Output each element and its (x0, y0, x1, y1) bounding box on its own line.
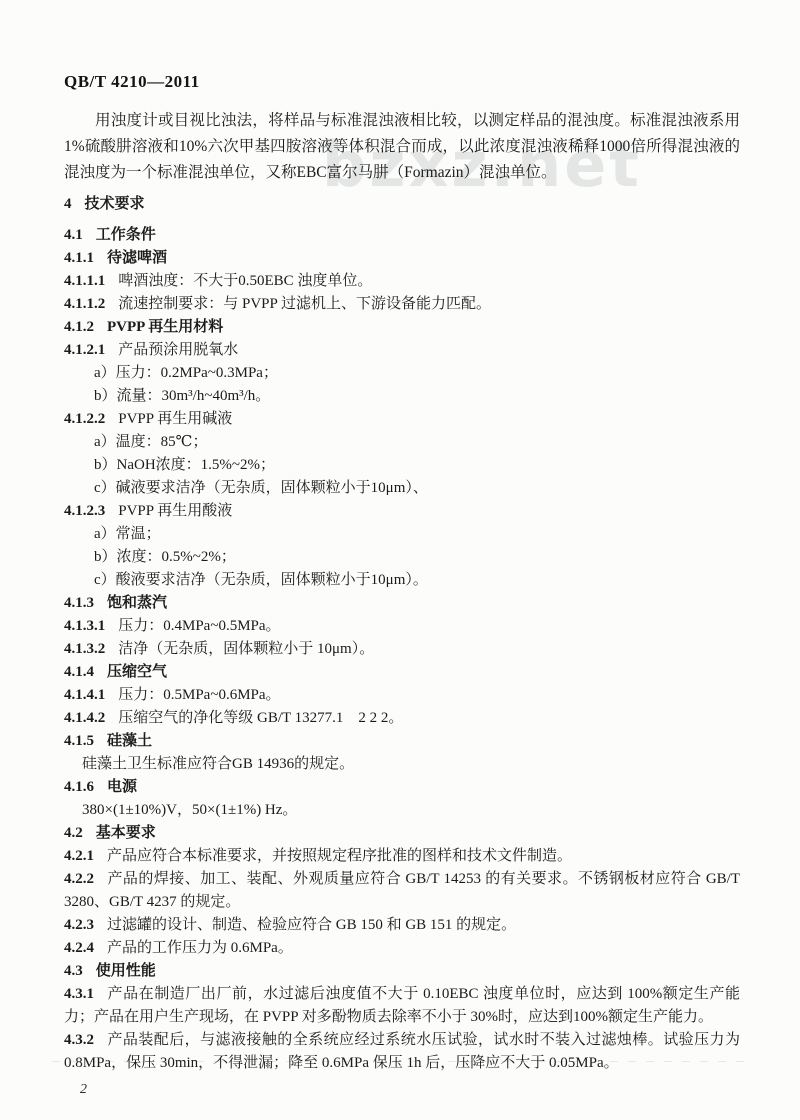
clause-text: a）温度：85℃； (94, 434, 207, 450)
clause-text: 硅藻土卫生标准应符合GB 14936的规定。 (82, 756, 354, 772)
list-item: a）常温； (64, 523, 740, 546)
clause-text: 流速控制要求：与 PVPP 过滤机上、下游设备能力匹配。 (118, 296, 491, 312)
clause-number: 4.2 (64, 825, 83, 841)
list-item: a）温度：85℃； (64, 431, 740, 454)
clause-line: 4.1.4.1压力：0.5MPa~0.6MPa。 (64, 684, 740, 707)
clause-line: 4.1.4.2压缩空气的净化等级 GB/T 13277.1 2 2 2。 (64, 707, 740, 730)
clause-number: 4.1.4.2 (64, 710, 105, 726)
clause-line: 4.1.2.2PVPP 再生用碱液 (64, 408, 740, 431)
clause-text: 饱和蒸汽 (107, 595, 167, 611)
clause-number: 4.1.1 (64, 250, 94, 266)
clause-number: 4.1.2.3 (64, 503, 105, 519)
clause-number: 4.1.2.2 (64, 411, 105, 427)
section-heading: 4.1.3饱和蒸汽 (64, 592, 740, 615)
clause-line: 4.2.4产品的工作压力为 0.6MPa。 (64, 937, 740, 960)
list-item: c）碱液要求洁净（无杂质，固体颗粒小于10μm）、 (64, 477, 740, 500)
list-item: b）NaOH浓度：1.5%~2%； (64, 454, 740, 477)
clause-number: 4.1.1.2 (64, 296, 105, 312)
clause-text: 硅藻土 (107, 733, 152, 749)
paragraph-line: 硅藻土卫生标准应符合GB 14936的规定。 (64, 753, 740, 776)
clause-text: 洁净（无杂质，固体颗粒小于 10μm）。 (118, 641, 374, 657)
clause-lines: 4技术要求4.1工作条件4.1.1待滤啤酒4.1.1.1啤酒浊度：不大于0.50… (64, 193, 740, 1075)
list-item: b）流量：30m³/h~40m³/h。 (64, 385, 740, 408)
clause-number: 4.3.1 (64, 986, 94, 1002)
clause-text: 压缩空气的净化等级 GB/T 13277.1 2 2 2。 (118, 710, 403, 726)
clause-number: 4.2.4 (64, 940, 94, 956)
clause-text: 产品的工作压力为 0.6MPa。 (107, 940, 293, 956)
clause-text: c）酸液要求洁净（无杂质，固体颗粒小于10μm）。 (94, 572, 428, 588)
section-heading: 4技术要求 (64, 193, 740, 216)
clause-number: 4.3 (64, 963, 83, 979)
clause-text: PVPP 再生用碱液 (118, 411, 232, 427)
clause-text: a）压力：0.2MPa~0.3MPa； (94, 365, 278, 381)
intro-paragraph: 用浊度计或目视比浊法，将样品与标准混浊液相比较，以测定样品的混浊度。标准混浊液系… (64, 108, 740, 186)
clause-text: 使用性能 (96, 963, 156, 979)
clause-number: 4.1.1.1 (64, 273, 105, 289)
clause-line: 4.1.2.3PVPP 再生用酸液 (64, 500, 740, 523)
clause-text: 产品的焊接、加工、装配、外观质量应符合 GB/T 14253 的有关要求。不锈钢… (64, 871, 740, 910)
document-page: bzxz.net QB/T 4210—2011 用浊度计或目视比浊法，将样品与标… (0, 0, 800, 1120)
clause-text: b）流量：30m³/h~40m³/h。 (94, 388, 270, 404)
clause-number: 4.1.3.2 (64, 641, 105, 657)
page-number: 2 (80, 1082, 87, 1098)
clause-number: 4.3.2 (64, 1032, 94, 1048)
clause-number: 4.1 (64, 227, 83, 243)
list-item: a）压力：0.2MPa~0.3MPa； (64, 362, 740, 385)
clause-text: 产品预涂用脱氧水 (118, 342, 238, 358)
clause-number: 4.1.4 (64, 664, 94, 680)
clause-line: 4.2.1产品应符合本标准要求，并按照规定程序批准的图样和技术文件制造。 (64, 845, 740, 868)
clause-text: 产品装配后，与滤液接触的全系统应经过系统水压试验，试水时不装入过滤烛棒。试验压力… (64, 1032, 740, 1071)
clause-line: 4.1.1.2流速控制要求：与 PVPP 过滤机上、下游设备能力匹配。 (64, 293, 740, 316)
clause-line: 4.3.1产品在制造厂出厂前，水过滤后浊度值不大于 0.10EBC 浊度单位时，… (64, 983, 740, 1029)
clause-line: 4.1.3.2洁净（无杂质，固体颗粒小于 10μm）。 (64, 638, 740, 661)
clause-text: b）NaOH浓度：1.5%~2%； (94, 457, 275, 473)
section-heading: 4.1.1待滤啤酒 (64, 247, 740, 270)
document-content: 用浊度计或目视比浊法，将样品与标准混浊液相比较，以测定样品的混浊度。标准混浊液系… (64, 108, 740, 1075)
clause-text: 啤酒浊度：不大于0.50EBC 浊度单位。 (118, 273, 372, 289)
clause-number: 4.2.2 (64, 871, 94, 887)
section-heading: 4.1工作条件 (64, 224, 740, 247)
clause-text: 产品在制造厂出厂前，水过滤后浊度值不大于 0.10EBC 浊度单位时，应达到 1… (64, 986, 740, 1025)
clause-line: 4.2.2产品的焊接、加工、装配、外观质量应符合 GB/T 14253 的有关要… (64, 868, 740, 914)
clause-text: 380×(1±10%)V，50×(1±1%) Hz。 (82, 802, 297, 818)
clause-line: 4.2.3过滤罐的设计、制造、检验应符合 GB 150 和 GB 151 的规定… (64, 914, 740, 937)
clause-text: 产品应符合本标准要求，并按照规定程序批准的图样和技术文件制造。 (107, 848, 572, 864)
clause-line: 4.3.2产品装配后，与滤液接触的全系统应经过系统水压试验，试水时不装入过滤烛棒… (64, 1029, 740, 1075)
clause-text: 待滤啤酒 (107, 250, 167, 266)
section-heading: 4.1.5硅藻土 (64, 730, 740, 753)
clause-text: PVPP 再生用材料 (107, 319, 223, 335)
clause-text: 电源 (107, 779, 137, 795)
clause-text: 压力：0.5MPa~0.6MPa。 (118, 687, 280, 703)
clause-number: 4.1.4.1 (64, 687, 105, 703)
clause-text: a）常温； (94, 526, 161, 542)
clause-text: 压力：0.4MPa~0.5MPa。 (118, 618, 280, 634)
clause-number: 4.2.3 (64, 917, 94, 933)
clause-text: 压缩空气 (107, 664, 167, 680)
section-heading: 4.3使用性能 (64, 960, 740, 983)
clause-line: 4.1.3.1压力：0.4MPa~0.5MPa。 (64, 615, 740, 638)
section-heading: 4.1.4压缩空气 (64, 661, 740, 684)
clause-text: PVPP 再生用酸液 (118, 503, 232, 519)
section-heading: 4.1.6电源 (64, 776, 740, 799)
clause-text: 过滤罐的设计、制造、检验应符合 GB 150 和 GB 151 的规定。 (107, 917, 516, 933)
paragraph-line: 380×(1±10%)V，50×(1±1%) Hz。 (64, 799, 740, 822)
clause-text: b）浓度：0.5%~2%； (94, 549, 236, 565)
list-item: b）浓度：0.5%~2%； (64, 546, 740, 569)
standard-code: QB/T 4210—2011 (64, 72, 200, 92)
clause-text: 技术要求 (85, 196, 145, 212)
clause-number: 4.1.3.1 (64, 618, 105, 634)
clause-line: 4.1.1.1啤酒浊度：不大于0.50EBC 浊度单位。 (64, 270, 740, 293)
clause-number: 4 (64, 196, 72, 212)
clause-text: 工作条件 (96, 227, 156, 243)
clause-number: 4.1.5 (64, 733, 94, 749)
clause-number: 4.1.2 (64, 319, 94, 335)
section-heading: 4.1.2PVPP 再生用材料 (64, 316, 740, 339)
clause-number: 4.1.3 (64, 595, 94, 611)
clause-number: 4.1.6 (64, 779, 94, 795)
clause-text: c）碱液要求洁净（无杂质，固体颗粒小于10μm）、 (94, 480, 428, 496)
list-item: c）酸液要求洁净（无杂质，固体颗粒小于10μm）。 (64, 569, 740, 592)
clause-number: 4.1.2.1 (64, 342, 105, 358)
clause-line: 4.1.2.1产品预涂用脱氧水 (64, 339, 740, 362)
clause-text: 基本要求 (96, 825, 156, 841)
section-heading: 4.2基本要求 (64, 822, 740, 845)
clause-number: 4.2.1 (64, 848, 94, 864)
